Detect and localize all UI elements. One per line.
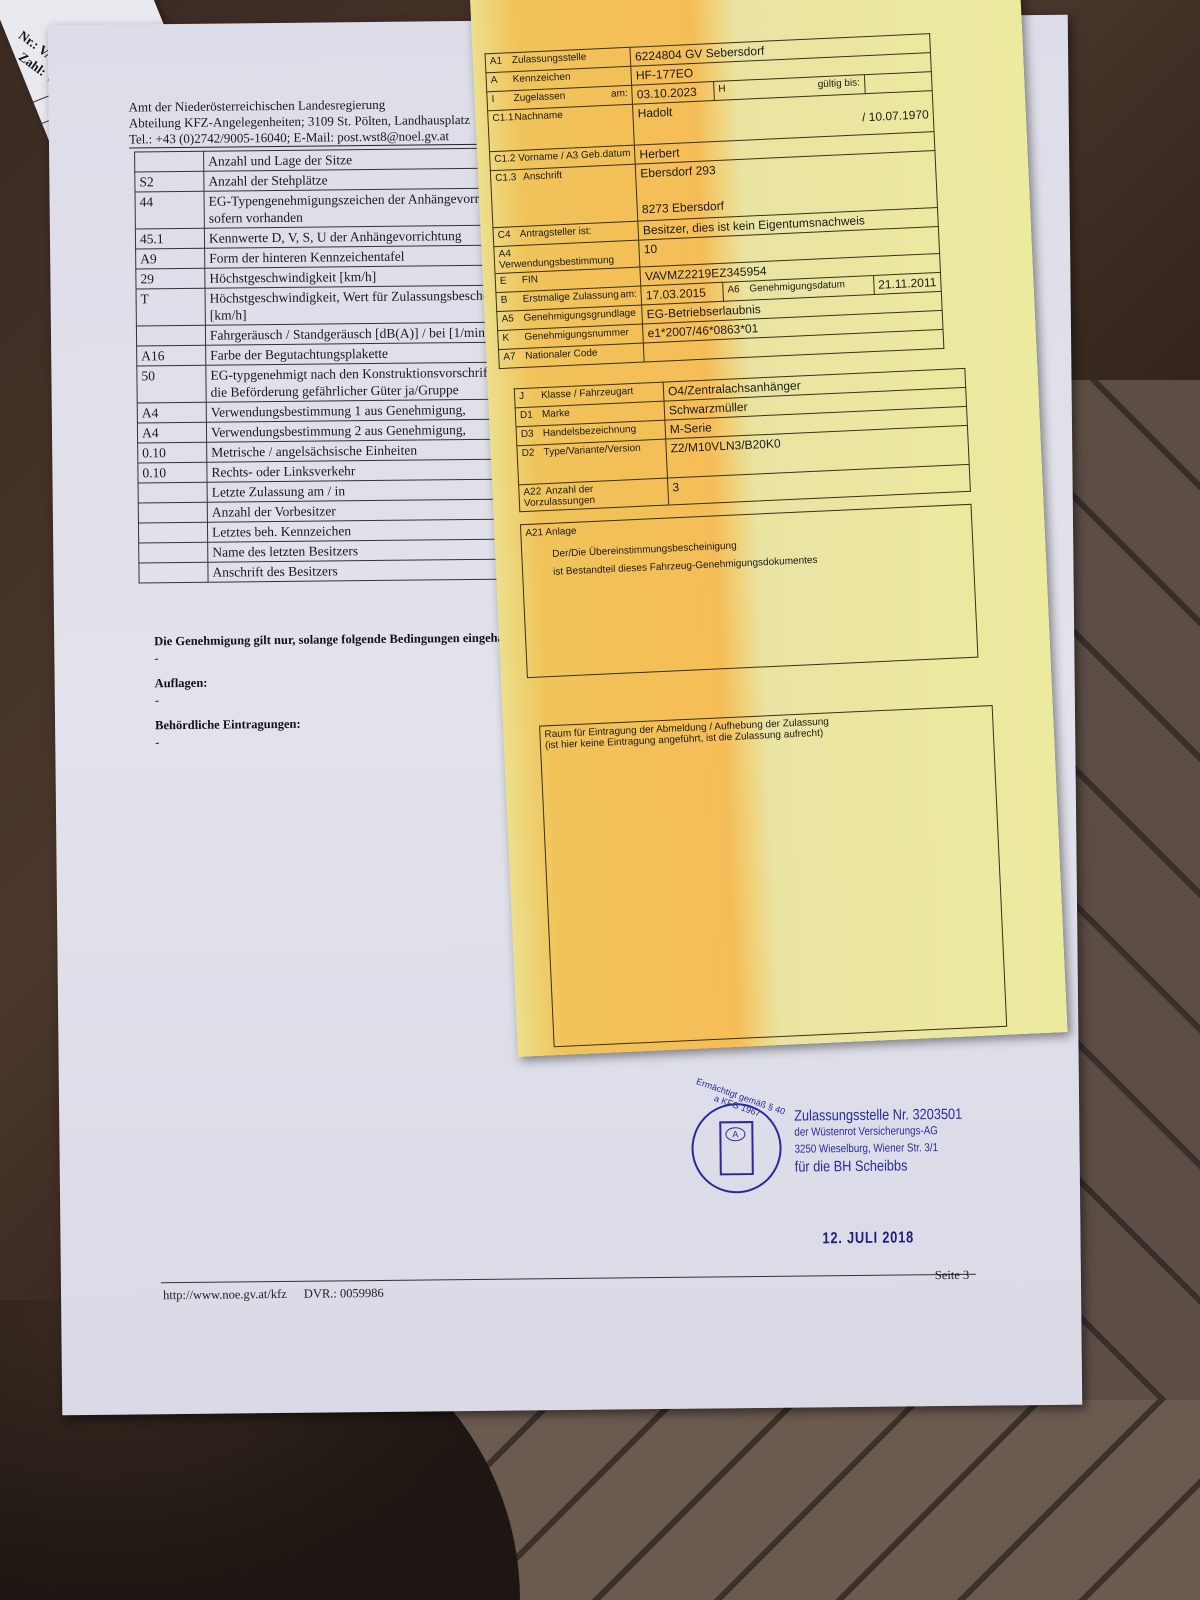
footer-left: http://www.noe.gv.at/kfz DVR.: 0059986 bbox=[163, 1286, 384, 1303]
spec-code: A16 bbox=[137, 345, 206, 366]
spec-code: S2 bbox=[135, 171, 204, 192]
registration-certificate-card: A1Zulassungsstelle 6224804 GV Sebersdorf… bbox=[470, 0, 1068, 1057]
field-a6-label: Genehmigungsdatum bbox=[749, 279, 845, 294]
stamp-line-1: Zulassungsstelle Nr. 3203501 bbox=[794, 1106, 962, 1125]
stamp-text: Zulassungsstelle Nr. 3203501 der Wüstenr… bbox=[794, 1106, 963, 1176]
stamp-date: 12. JULI 2018 bbox=[822, 1229, 914, 1248]
stamp-ring-text: Ermächtigt gemäß § 40 a KFG 1967 bbox=[689, 1075, 790, 1127]
field-a-label: Kennzeichen bbox=[512, 72, 570, 86]
spec-code: 50 bbox=[137, 365, 206, 403]
spec-code: 45.1 bbox=[135, 228, 204, 249]
field-c13-label: Anschrift bbox=[523, 170, 562, 183]
footer-url[interactable]: http://www.noe.gv.at/kfz bbox=[163, 1287, 287, 1302]
spec-code: 29 bbox=[136, 268, 205, 289]
header-contact: Tel.: +43 (0)2742/9005-16040; E-Mail: po… bbox=[129, 128, 509, 149]
spec-code bbox=[136, 325, 205, 346]
spec-code bbox=[138, 502, 207, 523]
card-table-holder: A1Zulassungsstelle 6224804 GV Sebersdorf… bbox=[485, 33, 945, 369]
stamp-emblem-frame: A bbox=[719, 1121, 754, 1175]
field-a5-label: Genehmigungsgrundlage bbox=[523, 308, 636, 324]
stamp-line-2: der Wüstenrot Versicherungs-AG bbox=[794, 1123, 962, 1142]
card-table-vehicle: JKlasse / Fahrzeugart O4/Zentralachsanhä… bbox=[514, 368, 971, 512]
field-j-label: Klasse / Fahrzeugart bbox=[541, 386, 634, 401]
field-a7-label: Nationaler Code bbox=[525, 348, 598, 362]
field-c4-label: Antragsteller ist: bbox=[520, 226, 592, 240]
footer-divider bbox=[161, 1274, 976, 1284]
stamp-emblem: A bbox=[725, 1127, 745, 1141]
field-a21-label: Anlage bbox=[545, 526, 577, 538]
stamp-line-4: für die BH Scheibbs bbox=[795, 1157, 963, 1176]
field-gueltig-label: gültig bis: bbox=[818, 77, 861, 90]
field-e-label: FIN bbox=[522, 274, 539, 286]
spec-code: A4 bbox=[137, 402, 206, 423]
field-b-label: Erstmalige Zulassung bbox=[522, 290, 619, 305]
page-number: Seite 3 bbox=[935, 1268, 970, 1283]
spec-code bbox=[139, 562, 208, 583]
official-stamp-icon: Ermächtigt gemäß § 40 a KFG 1967 A bbox=[691, 1103, 782, 1194]
spec-code: T bbox=[136, 288, 205, 326]
field-i-label: Zugelassen bbox=[513, 91, 565, 104]
field-a1-label: Zulassungsstelle bbox=[512, 52, 587, 66]
field-d3-label: Handelsbezeichnung bbox=[543, 424, 637, 439]
spec-code: 0.10 bbox=[138, 442, 207, 463]
field-c11-label: Nachname bbox=[514, 110, 563, 123]
spec-code bbox=[135, 151, 204, 172]
footer-dvr: DVR.: 0059986 bbox=[304, 1286, 384, 1301]
stamp-line-3: 3250 Wieselburg, Wiener Str. 3/1 bbox=[794, 1140, 962, 1159]
deregistration-box: Raum für Eintragung der Abmeldung / Aufh… bbox=[539, 705, 1007, 1047]
spec-code bbox=[138, 482, 207, 503]
field-d1-label: Marke bbox=[542, 408, 570, 420]
field-k-label: Genehmigungsnummer bbox=[524, 327, 629, 343]
spec-code: A9 bbox=[136, 248, 205, 269]
field-a21-box: A21 Anlage Der/Die Übereinstimmungsbesch… bbox=[520, 504, 979, 678]
document-header: Amt der Niederösterreichischen Landesreg… bbox=[129, 96, 509, 149]
spec-code bbox=[138, 522, 207, 543]
spec-code: 44 bbox=[135, 191, 204, 229]
spec-code: 0.10 bbox=[138, 462, 207, 483]
field-d2-label: Type/Variante/Version bbox=[543, 443, 641, 458]
spec-code: A4 bbox=[137, 422, 206, 443]
field-h-code: H bbox=[718, 84, 726, 95]
spec-code bbox=[139, 542, 208, 563]
